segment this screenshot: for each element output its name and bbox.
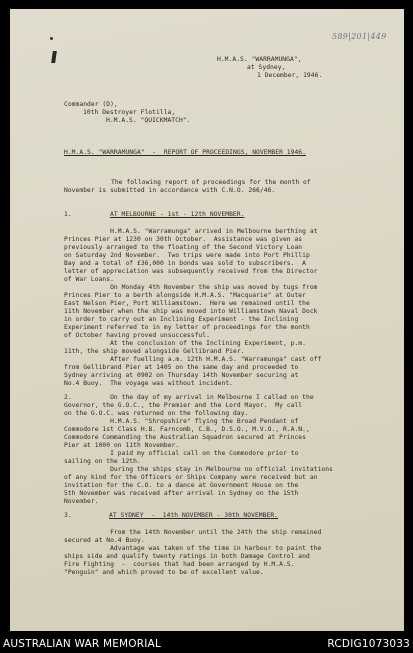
body-line: East Nelson Pier, Port Williamstown. Her… bbox=[64, 300, 310, 308]
intro-line-1: The following report of proceedings for … bbox=[111, 179, 311, 187]
body-line: sailing on the 12th. bbox=[64, 458, 141, 466]
addressee-line-2: 10th Destroyer Flotilla, bbox=[83, 109, 175, 117]
body-line: 2. On the day of my arrival in Melbourne… bbox=[64, 394, 314, 402]
body-line: Commodore 1st Class H.B. Farncomb, C.B.,… bbox=[64, 426, 310, 434]
sender-ship: H.M.A.S. "WARRAMUNGA", bbox=[217, 56, 302, 64]
body-line: On Monday 4th November the ship was move… bbox=[64, 284, 318, 292]
body-line: on Saturday 2nd November. Two trips were… bbox=[64, 252, 310, 260]
body-line: 11th, the ship moved alongside Gellibran… bbox=[64, 348, 245, 356]
body-line: Pier at 1000 on 11th November. bbox=[64, 442, 179, 450]
body-line: Bay and a total of £36,000 in bonds was … bbox=[64, 260, 306, 268]
letter-date: 1 December, 1946. bbox=[257, 72, 322, 80]
body-line: Experiment referred to in my letter of p… bbox=[64, 324, 310, 332]
addressee-line-3: H.M.A.S. "QUICKMATCH". bbox=[106, 117, 191, 125]
footer-record-id: RCDIG1073033 bbox=[327, 638, 410, 650]
body-line: No.4 Buoy. The voyage was without incide… bbox=[64, 380, 233, 388]
body-line: During the ships stay in Melbourne no of… bbox=[64, 466, 333, 474]
body-line: Advantage was taken of the time in harbo… bbox=[64, 545, 321, 553]
body-line: letter of appreciation was subsequently … bbox=[64, 268, 318, 276]
body-line: Fire Fighting - courses that had been ar… bbox=[64, 561, 294, 569]
body-line: H.M.A.S. "Warramunga" arrived in Melbour… bbox=[64, 228, 318, 236]
body-line: ships side and qualify twenty ratings in… bbox=[64, 553, 310, 561]
body-line: Princes Pier to a berth alongside H.M.A.… bbox=[64, 292, 306, 300]
body-line: Princes Pier at 1230 on 30th October. As… bbox=[64, 236, 302, 244]
body-line: I paid my official call on the Commodore… bbox=[64, 450, 298, 458]
body-line: 5th November was received after arrival … bbox=[64, 490, 298, 498]
section-1-number: 1. bbox=[64, 211, 72, 219]
intro-line-2: November is submitted in accordance with… bbox=[64, 187, 275, 195]
punch-hole-damage bbox=[48, 37, 58, 65]
section-1-heading: AT MELBOURNE - 1st - 12th NOVEMBER. bbox=[110, 211, 244, 219]
body-line: invitation for the C.O. to a dance at Go… bbox=[64, 482, 298, 490]
document-page: 589|201|449 H.M.A.S. "WARRAMUNGA", at Sy… bbox=[10, 9, 404, 631]
body-line: Governor, the G.O.C., the Premier and th… bbox=[64, 402, 302, 410]
body-line: "Penguin" and which proved to be of exce… bbox=[64, 569, 264, 577]
body-line: of any kind for the Officers or Ships Co… bbox=[64, 474, 318, 482]
handwritten-reference: 589|201|449 bbox=[332, 32, 387, 41]
body-line: of October having proved unsuccessful. bbox=[64, 332, 210, 340]
body-line: 11th November when the ship was moved in… bbox=[64, 308, 318, 316]
section-3-heading: AT SYDNEY - 14th NOVEMBER - 30th NOVEMBE… bbox=[109, 512, 278, 520]
body-line: previously arranged to the floating of t… bbox=[64, 244, 302, 252]
body-line: from Gellibrand Pier at 1405 on the same… bbox=[64, 364, 298, 372]
body-line: H.M.A.S. "Shropshire" flying the Broad P… bbox=[64, 418, 298, 426]
body-line: Sydney arriving at 0902 on Thursday 14th… bbox=[64, 372, 298, 380]
body-line: From the 14th November until the 24th th… bbox=[64, 529, 321, 537]
body-line: November. bbox=[64, 498, 99, 506]
report-title: H.M.A.S. "WARRAMUNGA" - REPORT OF PROCEE… bbox=[64, 149, 306, 157]
body-line: After fuelling a.m. 12th H.M.A.S. "Warra… bbox=[64, 356, 321, 364]
body-line: secured at No.4 Buoy. bbox=[64, 537, 145, 545]
body-line: At the conclusion of the Inclining Exper… bbox=[64, 340, 306, 348]
body-line: on the G.O.C. was returned on the follow… bbox=[64, 410, 248, 418]
section-3-number: 3. bbox=[64, 512, 72, 520]
footer-institution: AUSTRALIAN WAR MEMORIAL bbox=[3, 638, 161, 650]
sender-location: at Sydney, bbox=[247, 64, 285, 72]
addressee-line-1: Commander (D), bbox=[64, 101, 118, 109]
body-line: of War Loans. bbox=[64, 276, 114, 284]
body-line: Commodore Commanding the Australian Squa… bbox=[64, 434, 306, 442]
body-line: in order to carry out an Inclining Exper… bbox=[64, 316, 298, 324]
